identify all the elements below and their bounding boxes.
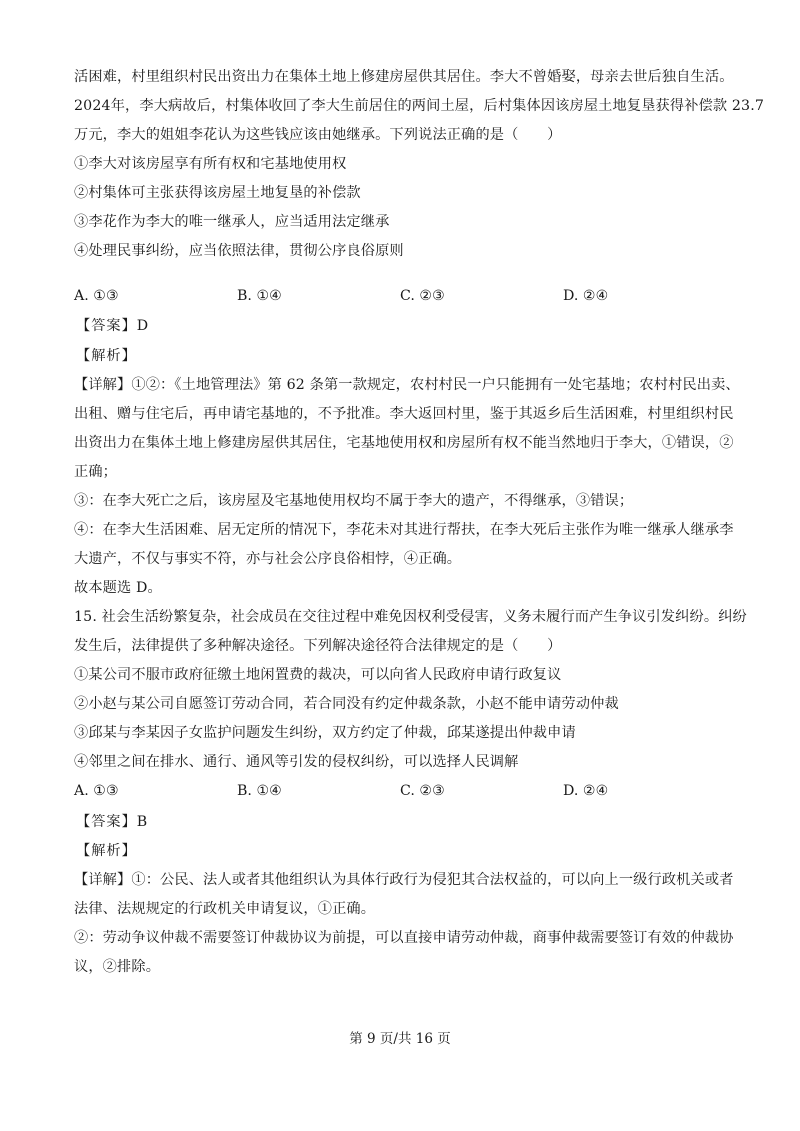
q14-options: A. ①③ B. ①④ C. ②③ D. ②④ bbox=[74, 286, 734, 306]
q14-answer: 【答案】D bbox=[76, 316, 736, 336]
q15-option-c: C. ②③ bbox=[400, 781, 445, 801]
document-page: 活困难，村里组织村民出资出力在集体土地上修建房屋供其居住。李大不曾婚娶，母亲去世… bbox=[0, 0, 800, 1131]
q15-statement-4: ④邻里之间在排水、通行、通风等引发的侵权纠纷，可以选择人民调解 bbox=[74, 752, 734, 772]
q14-statement-1: ①李大对该房屋享有所有权和宅基地使用权 bbox=[74, 154, 734, 174]
q15-stem-line: 15. 社会生活纷繁复杂，社会成员在交往过程中难免因权利受侵害，义务未履行而产生… bbox=[74, 607, 734, 627]
q15-detail-line: 法律、法规规定的行政机关申请复议，①正确。 bbox=[74, 899, 734, 919]
q14-option-d: D. ②④ bbox=[563, 286, 608, 306]
q14-statement-3: ③李花作为李大的唯一继承人，应当适用法定继承 bbox=[74, 212, 734, 232]
q14-option-a: A. ①③ bbox=[74, 286, 119, 306]
q15-analysis-heading: 【解析】 bbox=[76, 841, 736, 861]
q14-conclusion: 故本题选 D。 bbox=[74, 578, 734, 598]
q14-analysis-heading: 【解析】 bbox=[76, 346, 736, 366]
page-number: 第 9 页/共 16 页 bbox=[0, 1029, 800, 1049]
q15-stem-line: 发生后，法律提供了多种解决途径。下列解决途径符合法律规定的是（ ） bbox=[74, 636, 734, 656]
q14-detail-line: 出租、赠与住宅后，再申请宅基地的，不予批准。李大返回村里，鉴于其返乡后生活困难，… bbox=[74, 404, 734, 424]
q15-statement-1: ①某公司不服市政府征缴土地闲置费的裁决，可以向省人民政府申请行政复议 bbox=[74, 665, 734, 685]
q15-detail-line: 【详解】①：公民、法人或者其他组织认为具体行政行为侵犯其合法权益的，可以向上一级… bbox=[74, 870, 734, 890]
q14-option-c: C. ②③ bbox=[400, 286, 445, 306]
q15-statement-3: ③邱某与李某因子女监护问题发生纠纷，双方约定了仲裁，邱某遂提出仲裁申请 bbox=[74, 723, 734, 743]
q14-detail-line: 大遗产，不仅与事实不符，亦与社会公序良俗相悖，④正确。 bbox=[74, 549, 734, 569]
q15-options: A. ①③ B. ①④ C. ②③ D. ②④ bbox=[74, 781, 734, 801]
q14-stem-line: 万元，李大的姐姐李花认为这些钱应该由她继承。下列说法正确的是（ ） bbox=[74, 125, 734, 145]
q14-statement-4: ④处理民事纠纷，应当依照法律，贯彻公序良俗原则 bbox=[74, 241, 734, 261]
q14-stem-line: 活困难，村里组织村民出资出力在集体土地上修建房屋供其居住。李大不曾婚娶，母亲去世… bbox=[74, 67, 734, 87]
q14-option-b: B. ①④ bbox=[237, 286, 282, 306]
q14-detail-line: ③：在李大死亡之后，该房屋及宅基地使用权均不属于李大的遗产，不得继承，③错误； bbox=[74, 491, 734, 511]
q15-detail-line: 议，②排除。 bbox=[74, 957, 734, 977]
q15-answer: 【答案】B bbox=[76, 812, 736, 832]
q15-option-b: B. ①④ bbox=[237, 781, 282, 801]
q14-detail-line: 正确； bbox=[74, 462, 734, 482]
q15-option-d: D. ②④ bbox=[563, 781, 608, 801]
q14-detail-line: 【详解】①②：《土地管理法》第 62 条第一款规定，农村村民一户只能拥有一处宅基… bbox=[74, 375, 734, 395]
q15-statement-2: ②小赵与某公司自愿签订劳动合同，若合同没有约定仲裁条款，小赵不能申请劳动仲裁 bbox=[74, 694, 734, 714]
q15-detail-line: ②：劳动争议仲裁不需要签订仲裁协议为前提，可以直接申请劳动仲裁，商事仲裁需要签订… bbox=[74, 928, 734, 948]
q14-stem-line: 2024年，李大病故后，村集体收回了李大生前居住的两间土屋，后村集体因该房屋土地… bbox=[74, 96, 734, 116]
q14-statement-2: ②村集体可主张获得该房屋土地复垦的补偿款 bbox=[74, 183, 734, 203]
q14-detail-line: 出资出力在集体土地上修建房屋供其居住，宅基地使用权和房屋所有权不能当然地归于李大… bbox=[74, 433, 734, 453]
q14-detail-line: ④：在李大生活困难、居无定所的情况下，李花未对其进行帮扶，在李大死后主张作为唯一… bbox=[74, 520, 734, 540]
q15-option-a: A. ①③ bbox=[74, 781, 119, 801]
